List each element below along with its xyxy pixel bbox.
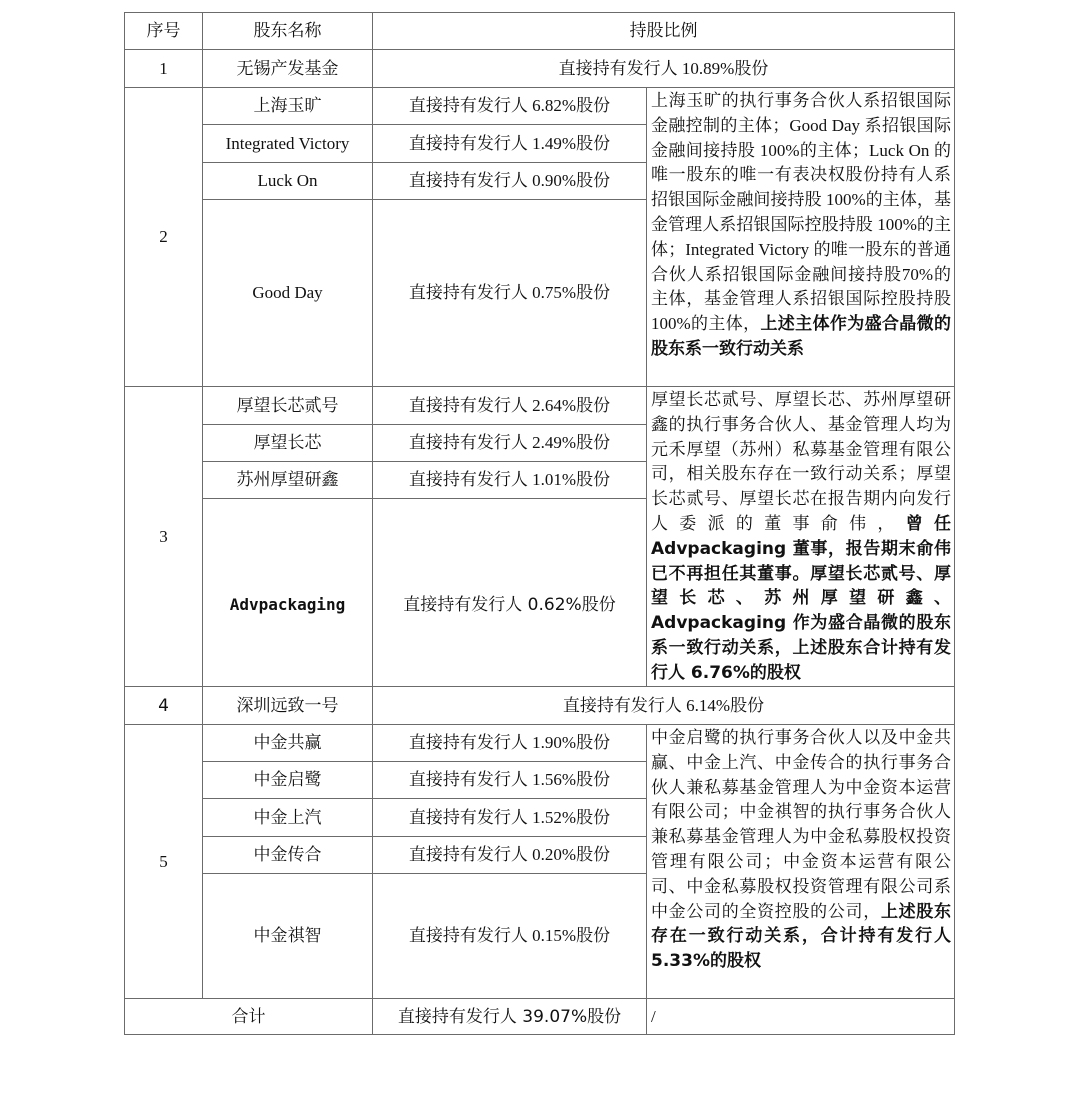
group-4-holding: 直接持有发行人 6.14%股份 [372,686,955,725]
header-seq: 序号 [124,12,203,50]
group-5-holding-0: 直接持有发行人 1.90%股份 [372,724,647,762]
group-2-holding-3: 直接持有发行人 0.75%股份 [372,199,647,387]
group-1-name: 无锡产发基金 [202,49,373,88]
group-3-note: 厚望长芯贰号、厚望长芯、苏州厚望研鑫的执行事务合伙人、基金管理人均为元禾厚望（苏… [646,386,955,687]
group-5-name-4: 中金祺智 [202,873,373,999]
group-3-holding-1: 直接持有发行人 2.49%股份 [372,424,647,462]
group-4-name: 深圳远致一号 [202,686,373,725]
group-3-seq: 3 [124,386,203,687]
group-2-name-1: Integrated Victory [202,124,373,163]
group-5-holding-3: 直接持有发行人 0.20%股份 [372,836,647,874]
group-3-name-2: 苏州厚望研鑫 [202,461,373,499]
group-3-holding-3: 直接持有发行人 0.62%股份 [372,498,647,687]
group-3-note-text: 厚望长芯贰号、厚望长芯、苏州厚望研鑫的执行事务合伙人、基金管理人均为元禾厚望（苏… [651,390,951,533]
group-2-holding-1: 直接持有发行人 1.49%股份 [372,124,647,163]
group-5-name-1: 中金启鹭 [202,761,373,799]
group-5-name-0: 中金共赢 [202,724,373,762]
group-5-note: 中金启鹭的执行事务合伙人以及中金共赢、中金上汽、中金传合的执行事务合伙人兼私募基… [646,724,955,999]
group-3-name-3: Advpackaging [202,498,373,687]
group-2-note: 上海玉旷的执行事务合伙人系招银国际金融控制的主体；Good Day 系招银国际金… [646,87,955,387]
group-2-name-0: 上海玉旷 [202,87,373,125]
group-5-note-text: 中金启鹭的执行事务合伙人以及中金共赢、中金上汽、中金传合的执行事务合伙人兼私募基… [651,728,951,921]
shareholder-table: 序号 股东名称 持股比例 1 无锡产发基金 直接持有发行人 10.89%股份 2… [124,12,955,1035]
group-5-seq: 5 [124,724,203,999]
header-name: 股东名称 [202,12,373,50]
group-2-note-text: 上海玉旷的执行事务合伙人系招银国际金融控制的主体；Good Day 系招银国际金… [651,91,951,333]
group-2-holding-0: 直接持有发行人 6.82%股份 [372,87,647,125]
total-label: 合计 [124,998,373,1035]
group-5-name-2: 中金上汽 [202,798,373,837]
group-2-name-2: Luck On [202,162,373,200]
total-note: / [646,998,955,1035]
group-2-name-3: Good Day [202,199,373,387]
group-2-seq: 2 [124,87,203,387]
group-1-holding: 直接持有发行人 10.89%股份 [372,49,955,88]
group-3-name-0: 厚望长芯贰号 [202,386,373,425]
group-3-note-bold: 曾任Advpackaging 董事，报告期末俞伟已不再担任其董事。厚望长芯贰号、… [651,514,951,683]
group-5-name-3: 中金传合 [202,836,373,874]
group-5-holding-4: 直接持有发行人 0.15%股份 [372,873,647,999]
group-2-holding-2: 直接持有发行人 0.90%股份 [372,162,647,200]
group-3-name-1: 厚望长芯 [202,424,373,462]
header-ratio: 持股比例 [372,12,955,50]
group-3-holding-0: 直接持有发行人 2.64%股份 [372,386,647,425]
group-5-holding-1: 直接持有发行人 1.56%股份 [372,761,647,799]
group-1-seq: 1 [124,49,203,88]
group-4-seq: 4 [124,686,203,725]
group-3-holding-2: 直接持有发行人 1.01%股份 [372,461,647,499]
total-holding: 直接持有发行人 39.07%股份 [372,998,647,1035]
group-5-holding-2: 直接持有发行人 1.52%股份 [372,798,647,837]
